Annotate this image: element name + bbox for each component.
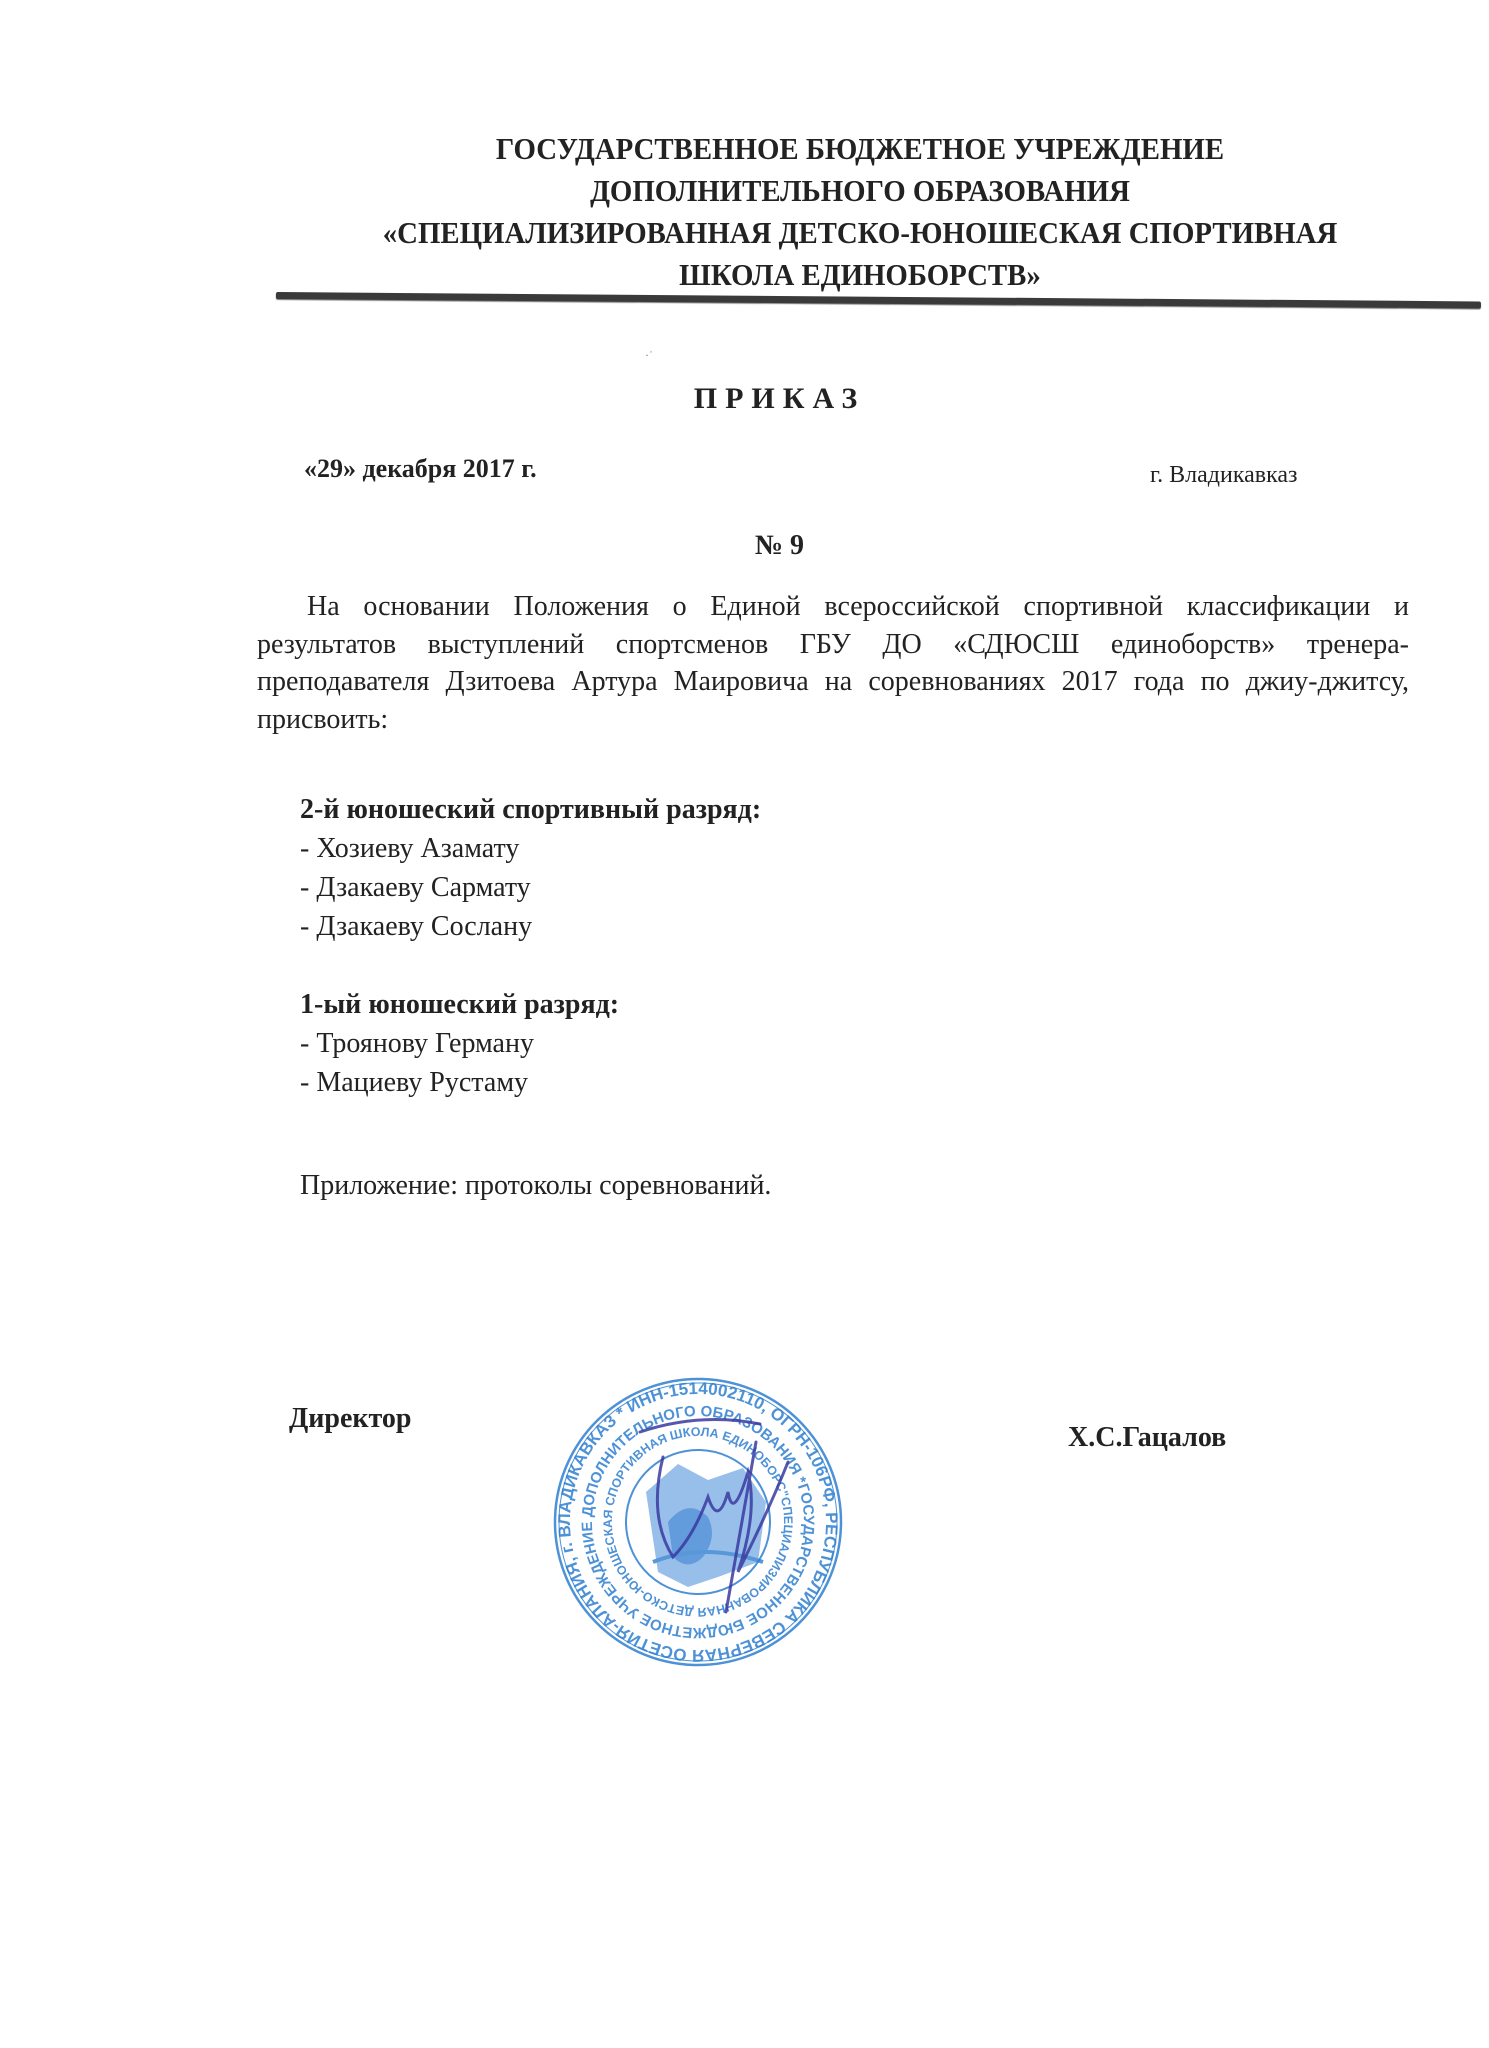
stamp-seal-icon: РФ, РЕСПУБЛИКА СЕВЕРНАЯ ОСЕТИЯ-АЛАНИЯ, г…: [548, 1372, 848, 1672]
header-line-3: «СПЕЦИАЛИЗИРОВАННАЯ ДЕТСКО-ЮНОШЕСКАЯ СПО…: [283, 212, 1436, 254]
award-list: 2-й юношеский спортивный разряд: - Хозие…: [300, 790, 761, 1102]
list-item: - Дзакаеву Сослану: [300, 907, 761, 946]
header-line-1: ГОСУДАРСТВЕННОЕ БЮДЖЕТНОЕ УЧРЕЖДЕНИЕ: [283, 128, 1436, 170]
list-item: - Мациеву Рустаму: [300, 1063, 761, 1102]
scan-speck: ·˙: [645, 348, 653, 363]
order-paragraph: На основании Положения о Единой всеросси…: [257, 588, 1409, 738]
institution-header: ГОСУДАРСТВЕННОЕ БЮДЖЕТНОЕ УЧРЕЖДЕНИЕ ДОП…: [283, 128, 1436, 296]
list-item: - Троянову Герману: [300, 1024, 761, 1063]
group-heading-2nd-rank: 2-й юношеский спортивный разряд:: [300, 790, 761, 829]
order-number: № 9: [0, 530, 1489, 562]
header-line-4: ШКОЛА ЕДИНОБОРСТВ»: [283, 254, 1436, 296]
group-heading-1st-rank: 1-ый юношеский разряд:: [300, 985, 761, 1024]
list-item: - Дзакаеву Сармату: [300, 868, 761, 907]
official-stamp: РФ, РЕСПУБЛИКА СЕВЕРНАЯ ОСЕТИЯ-АЛАНИЯ, г…: [548, 1372, 848, 1672]
signer-name: Х.С.Гацалов: [1068, 1422, 1226, 1454]
header-line-2: ДОПОЛНИТЕЛЬНОГО ОБРАЗОВАНИЯ: [283, 170, 1436, 212]
appendix-note: Приложение: протоколы соревнований.: [300, 1170, 771, 1202]
order-city: г. Владикавказ: [1150, 462, 1298, 489]
order-title: ПРИКАЗ: [0, 382, 1489, 416]
signer-role: Директор: [289, 1403, 412, 1435]
order-date: «29» декабря 2017 г.: [304, 454, 537, 484]
list-item: - Хозиеву Азамату: [300, 829, 761, 868]
